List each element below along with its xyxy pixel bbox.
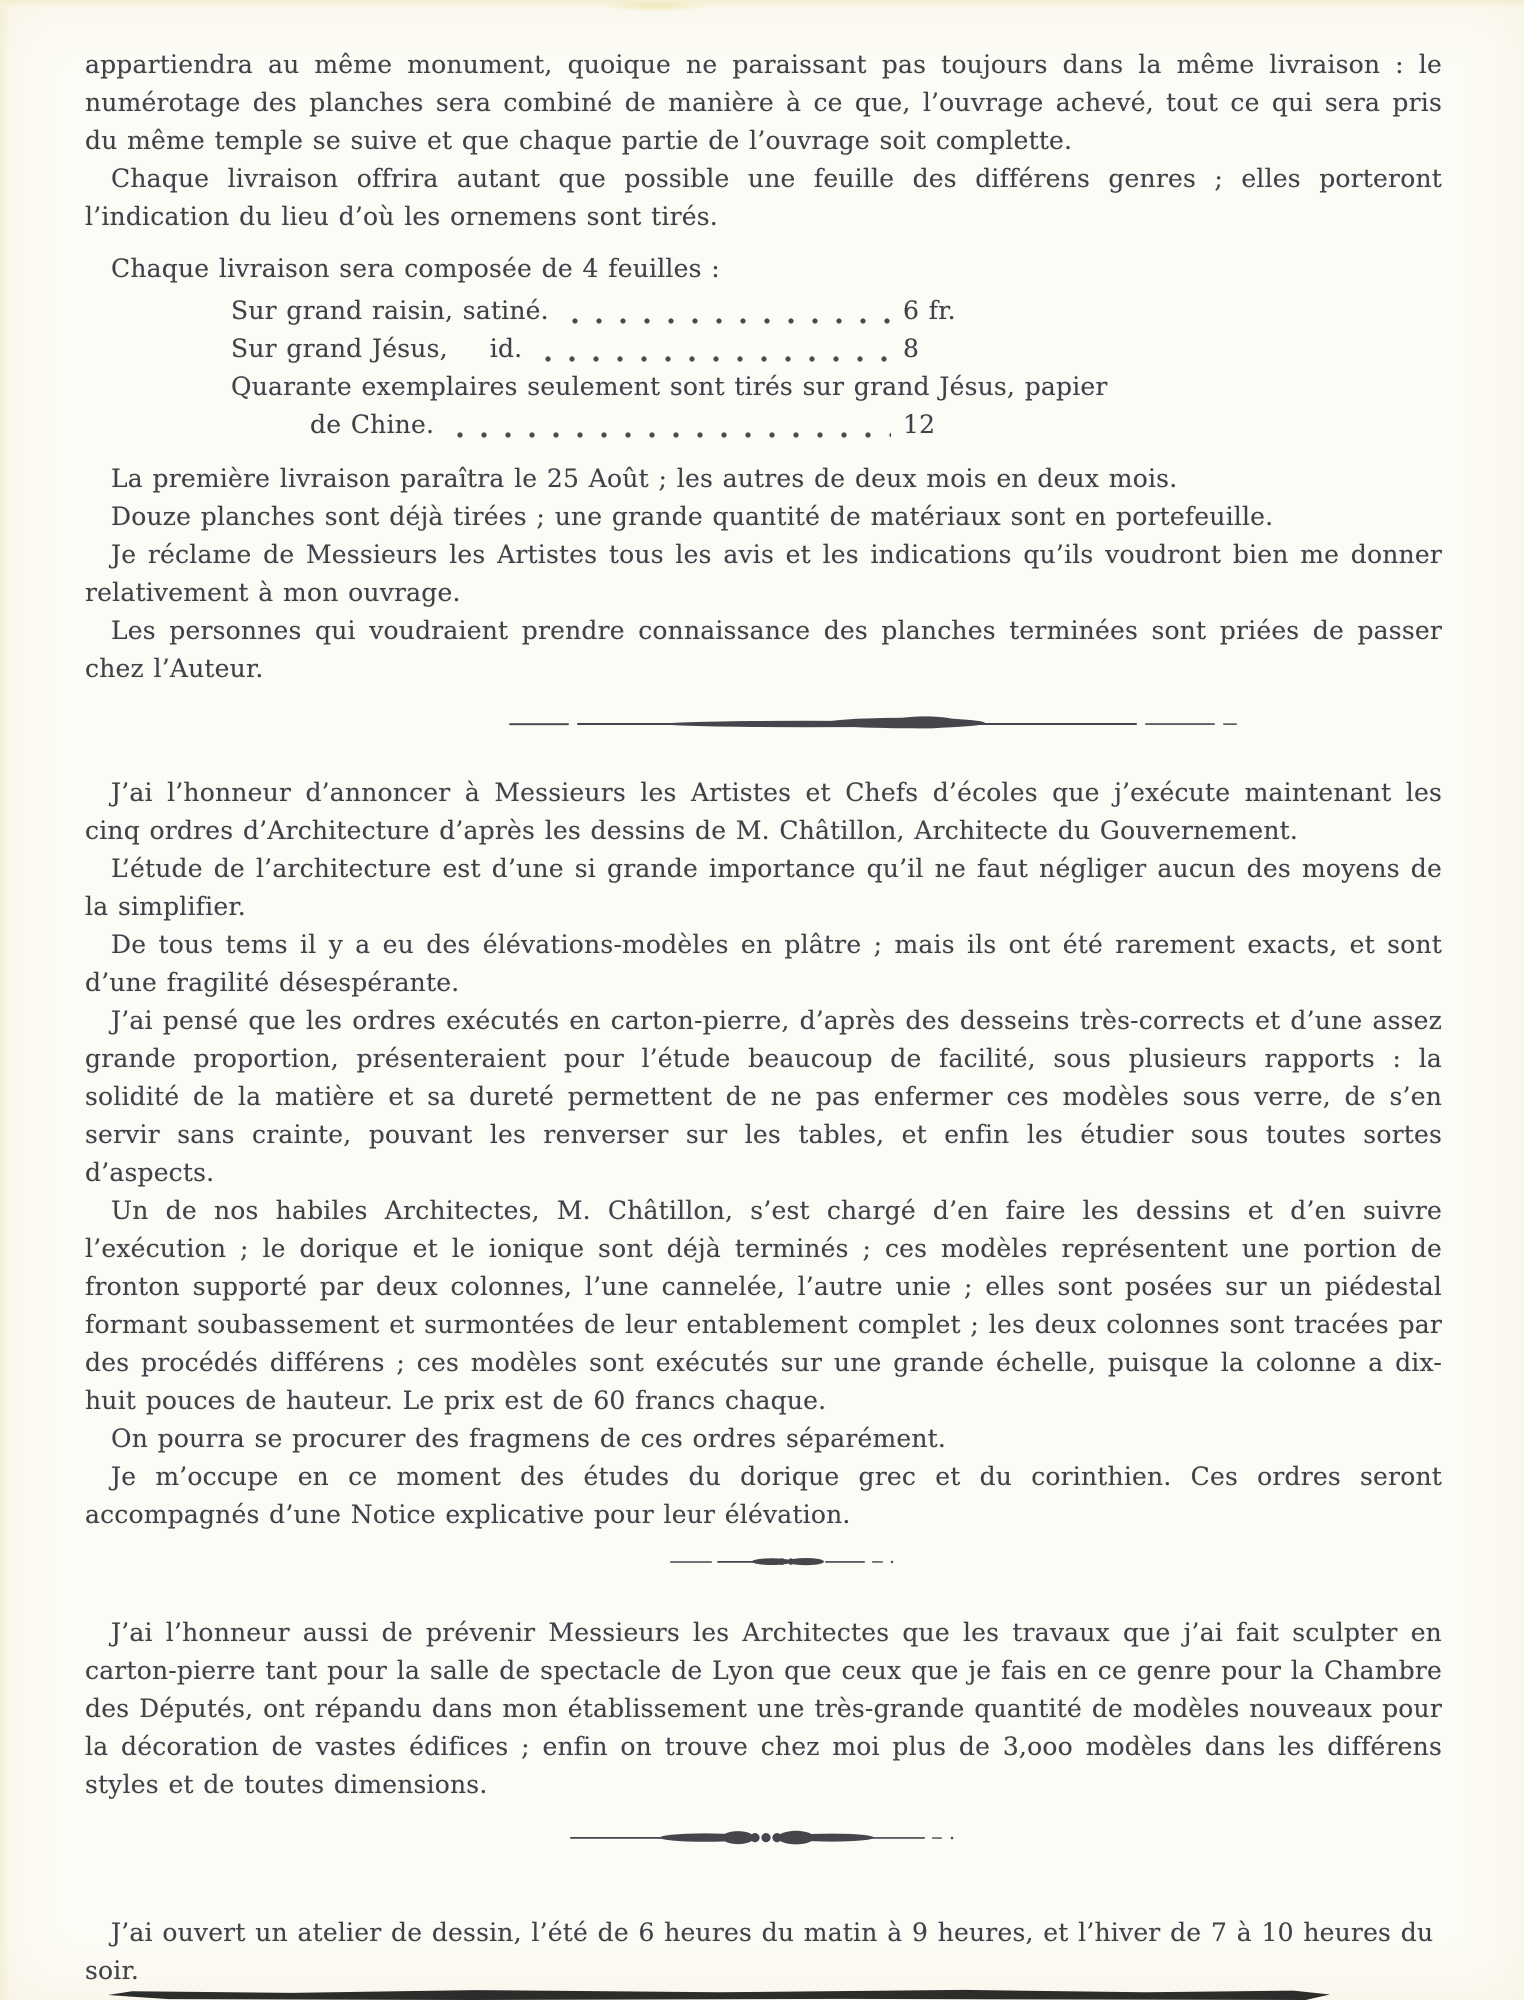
price-row-grand-jesus: Sur grand Jésus, id. 8 [231,330,975,368]
paragraph-douze-planches: Douze planches sont déjà tirées ; une gr… [85,498,1442,536]
paragraph-livraison-genres: Chaque livraison offrira autant que poss… [85,160,1442,236]
paragraph-chatillon-execution: Un de nos habiles Architectes, M. Châtil… [85,1192,1442,1420]
paragraph-carton-pierre: J’ai pensé que les ordres exécutés en ca… [85,1002,1442,1192]
scan-edge-left [0,0,10,2000]
paragraph-numerotage: appartiendra au même monument, quoique n… [85,46,1442,160]
price-label: Sur grand raisin, satiné. [231,292,549,330]
paragraph-annonce-ordres: J’ai l’honneur d’annoncer à Messieurs le… [85,774,1442,850]
price-label: Sur grand Jésus, [231,330,448,368]
price-value: 6 fr. [903,292,975,330]
paragraph-elevations-modeles: De tous tems il y a eu des élévations-mo… [85,926,1442,1002]
paragraph-premiere-livraison: La première livraison paraîtra le 25 Aoû… [85,460,1442,498]
price-list: Sur grand raisin, satiné. 6 fr. Sur gran… [231,292,975,444]
price-label-id: id. [490,330,523,368]
paragraph-les-personnes: Les personnes qui voudraient prendre con… [85,612,1442,688]
price-row-de-chine: de Chine. 12 [310,406,975,444]
section-divider-1 [505,714,1240,730]
paragraph-etude-architecture: L’étude de l’architecture est d’une si g… [85,850,1442,926]
paragraph-fragmens: On pourra se procurer des fragmens de ce… [85,1420,1442,1458]
scan-smudge [600,0,710,12]
price-row-grand-raisin: Sur grand raisin, satiné. 6 fr. [231,292,975,330]
paragraph-atelier-dessin: J’ai ouvert un atelier de dessin, l’été … [85,1914,1442,1990]
scanned-page: appartiendra au même monument, quoique n… [0,0,1524,2000]
price-value: 12 [903,406,975,444]
section-divider-2 [670,1552,900,1570]
text-column: appartiendra au même monument, quoique n… [85,46,1442,1990]
scan-artifact-bottom [108,1989,1330,2000]
paragraph-composition: Chaque livraison sera composée de 4 feui… [85,250,1442,288]
price-label: de Chine. [310,406,434,444]
paragraph-dorique-grec: Je m’occupe en ce moment des études du d… [85,1458,1442,1534]
paragraph-je-reclame: Je réclame de Messieurs les Artistes tou… [85,536,1442,612]
scan-edge-top [0,0,1524,8]
dot-leader [536,352,891,362]
paragraph-travaux-lyon: J’ai l’honneur aussi de prévenir Messieu… [85,1614,1442,1804]
dot-leader [448,428,891,438]
section-divider-3 [570,1826,965,1848]
dot-leader [563,314,891,324]
price-value: 8 [903,330,975,368]
price-row-quarante-exemplaires: Quarante exemplaires seulement sont tiré… [231,368,1131,406]
